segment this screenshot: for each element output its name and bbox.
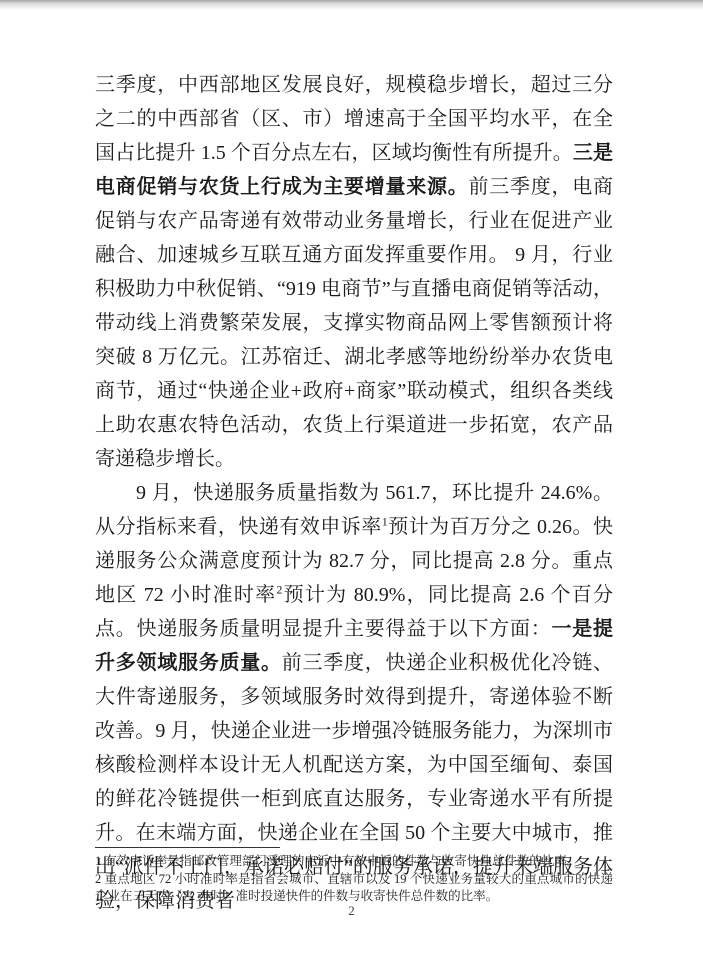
footnote-divider <box>95 847 280 848</box>
window-edge-shadow <box>0 0 703 10</box>
footnote-list: 1 有效申诉率是指邮政管理部门受理的申诉中有效申诉的件数与收寄快件总件数的比率。… <box>95 853 613 906</box>
page-number: 2 <box>0 903 703 919</box>
footnote: 1 有效申诉率是指邮政管理部门受理的申诉中有效申诉的件数与收寄快件总件数的比率。 <box>95 853 613 871</box>
footnote-area: 1 有效申诉率是指邮政管理部门受理的申诉中有效申诉的件数与收寄快件总件数的比率。… <box>95 847 613 906</box>
document-page: { "page": { "page_number": "2", "paragra… <box>0 0 703 975</box>
footnote: 2 重点地区 72 小时准时率是指省会城市、直辖市以及 19 个快递业务量较大的… <box>95 871 613 906</box>
body-text: 三季度，中西部地区发展良好，规模稳步增长，超过三分之二的中西部省（区、市）增速高… <box>95 68 613 918</box>
paragraph: 三季度，中西部地区发展良好，规模稳步增长，超过三分之二的中西部省（区、市）增速高… <box>95 68 613 476</box>
